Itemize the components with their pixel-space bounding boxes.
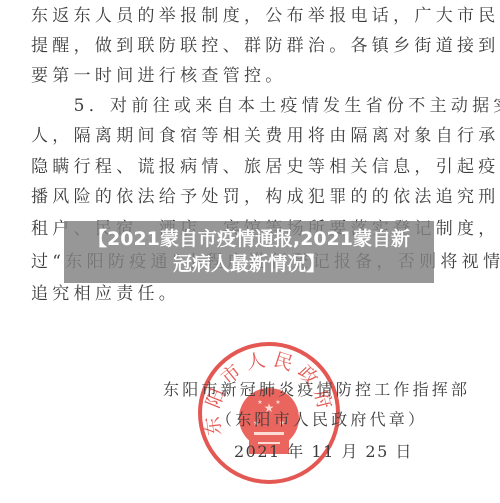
signature-date: 2021 年 11 月 25 日: [234, 442, 413, 462]
svg-text:★: ★: [275, 399, 280, 406]
body-line: 播风险的依法给予处罚，构成犯罪的的依法追究刑事责任。出: [31, 187, 471, 207]
body-line: 隐瞒行程、谎报病情、旅居史等相关信息，引起疫情传播或传: [31, 157, 471, 177]
signature-seal-note: （东阳市人民政府代章）: [216, 410, 427, 430]
signature-organization: 东阳市新冠肺炎疫情防控工作指挥部: [163, 380, 470, 400]
svg-text:★: ★: [257, 399, 262, 406]
body-line: 5．对前往或来自本土疫情发生省份不主动据实申报的个: [31, 96, 471, 116]
body-line: 追究相应责任。: [31, 284, 471, 304]
overlay-title-line-1: 【2021蒙自市疫情通报,2021蒙自新: [74, 227, 424, 252]
body-line: 人，隔离期间食宿等相关费用将由隔离对象自行承担；对故意: [31, 126, 471, 146]
body-line: 要第一时间进行核查管控。: [31, 66, 471, 86]
body-line: 东返东人员的举报制度，公布举报电话，广大市民群众要相互: [31, 6, 471, 26]
overlay-title-line-2: 冠病人最新情况】: [74, 252, 424, 277]
body-line: 提醒，做到联防联控、群防群治。各镇乡街道接到举报电话后: [31, 36, 471, 56]
title-overlay-banner: 【2021蒙自市疫情通报,2021蒙自新 冠病人最新情况】: [64, 221, 434, 283]
